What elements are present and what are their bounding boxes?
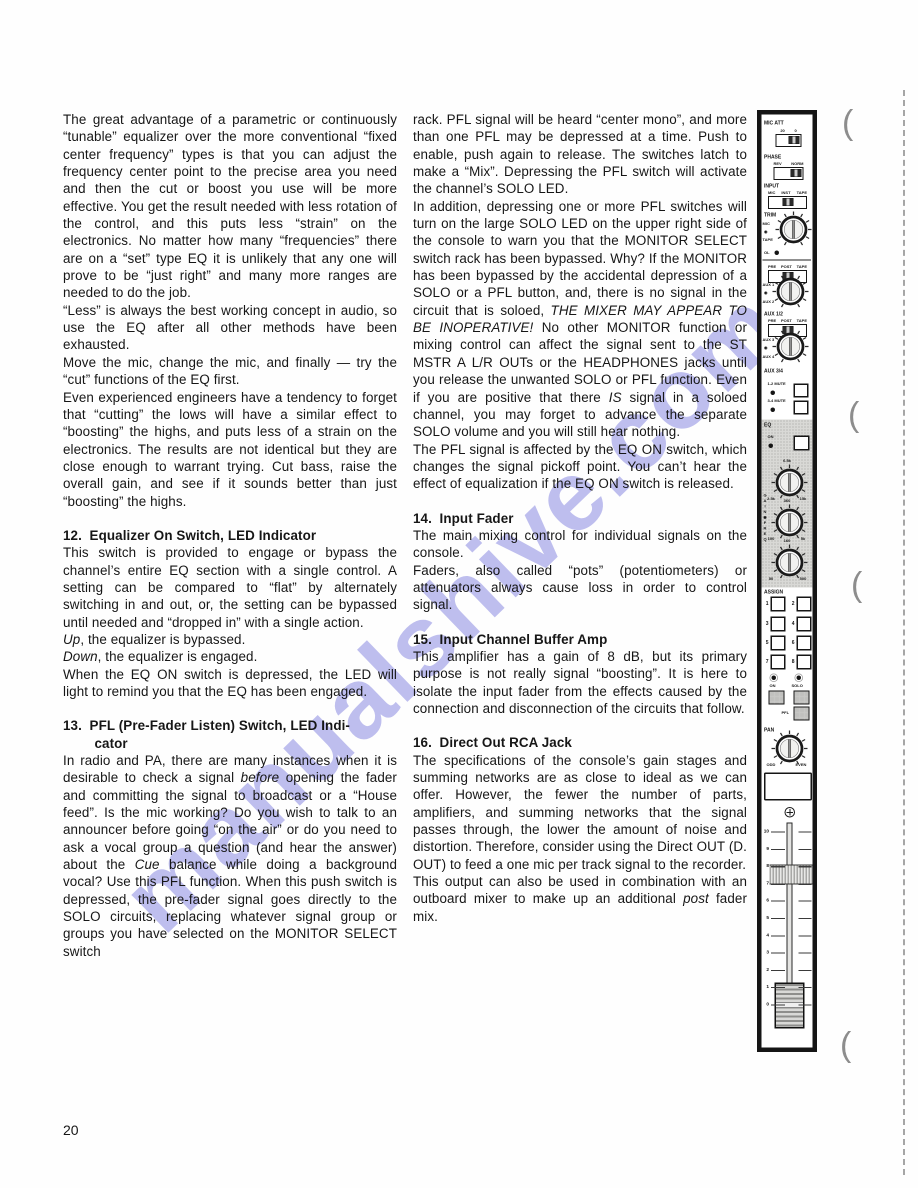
body-paragraph: The main mixing control for individual s… [413, 527, 747, 562]
solo-label: SOLO [792, 684, 803, 689]
fader-tick [771, 832, 785, 833]
fader-tick [799, 953, 812, 954]
body-paragraph: Faders, also called “pots” (potentiomete… [413, 562, 747, 614]
eq-band-left-freq: 50 [763, 577, 780, 582]
fader-tick [771, 953, 785, 954]
fader-scale-number: 0 [762, 1002, 770, 1007]
assign-button [771, 636, 786, 651]
slide-switch-knob [789, 136, 800, 144]
fader-tick [799, 849, 812, 850]
scan-artifact: ( [851, 566, 862, 605]
fader-tick [771, 987, 785, 988]
section-heading: 14. Input Fader [413, 510, 747, 527]
switch-position-labels: 200 [776, 129, 802, 134]
fader-tick [799, 901, 812, 902]
body-paragraph: Move the mic, change the mic, and finall… [63, 354, 397, 389]
fader-tick [799, 935, 812, 936]
slide-switch-slot [774, 167, 804, 180]
solo-led [797, 676, 802, 681]
fader-scale-number: 1 [762, 985, 770, 990]
section-heading: 15. Input Channel Buffer Amp [413, 631, 747, 648]
on-button [769, 691, 785, 705]
body-paragraph: This amplifier has a gain of 8 dB, but i… [413, 648, 747, 717]
concentric-icon: ◉ [764, 346, 767, 351]
body-paragraph: The PFL signal is affected by the EQ ON … [413, 441, 747, 493]
mute34-led [771, 408, 776, 413]
on-label: ON [770, 684, 776, 689]
assign-button [771, 617, 786, 632]
assign-number: 5 [763, 640, 769, 646]
pfl-button [794, 707, 810, 721]
fader-tick [799, 866, 812, 868]
trim-mic-label: MIC [763, 222, 770, 227]
gain-freq-label: GAIN◉FREQ [762, 493, 769, 543]
body-paragraph: Even experienced engineers have a tenden… [63, 389, 397, 510]
assign-number: 8 [789, 659, 795, 665]
pan-odd-label: ODD [767, 763, 776, 768]
switch-position-labels: MICINSTTAPE [768, 191, 807, 196]
fader-scale-number: 8 [762, 864, 770, 869]
aux12-label: AUX 1/2 [764, 312, 783, 318]
body-paragraph: When the EQ ON switch is depressed, the … [63, 666, 397, 701]
trim-knob [775, 211, 813, 249]
concentric-icon: ◉ [764, 230, 767, 235]
body-paragraph: In addition, depressing one or more PFL … [413, 198, 747, 441]
aux12-knob [772, 273, 810, 311]
assign-number: 7 [763, 659, 769, 665]
mute34-label: 3-4 MUTE [768, 399, 786, 404]
trim-tape-label: TAPE [763, 238, 773, 243]
ol-led [775, 251, 780, 256]
slide-switch-slot [768, 196, 807, 209]
fader-scale-number: 10 [762, 829, 770, 834]
aux34-label: AUX 3/4 [764, 369, 783, 375]
mic-att-label: MIC ATT [764, 121, 784, 127]
eq-band-right-freq: 500 [795, 577, 812, 582]
fader-tick [799, 987, 812, 988]
fader-tick [799, 883, 812, 885]
input-label: INPUT [764, 184, 779, 190]
fader-scale-number: 4 [762, 933, 770, 938]
input-switch: MICINSTTAPE [768, 191, 807, 210]
assign-button [797, 597, 812, 612]
fader-tick [771, 901, 785, 902]
fader-scale-number: 3 [762, 950, 770, 955]
assign-button [797, 636, 812, 651]
aux34-knob [772, 328, 810, 366]
assign-number: 2 [789, 601, 795, 607]
mute34-button [794, 401, 809, 415]
section-heading: 12. Equalizer On Switch, LED Indicator [63, 527, 397, 544]
screw-icon [785, 807, 796, 818]
fader-tick [771, 1005, 785, 1006]
fader-tick [799, 1005, 812, 1006]
body-paragraph: rack. PFL signal will be heard “center m… [413, 111, 747, 198]
section-heading: 13. PFL (Pre-Fader Listen) Switch, LED I… [63, 717, 397, 752]
fader-tick [771, 918, 785, 919]
eq-on-led [769, 444, 774, 449]
fader-cap [775, 983, 805, 1029]
eq-band-top-freq: 360 [762, 499, 813, 504]
phase-switch: REVNORM [774, 162, 804, 181]
assign-button [771, 655, 786, 670]
eq-on-label: ON [768, 435, 774, 440]
slide-switch-knob [791, 169, 802, 177]
switch-position-labels: REVNORM [774, 162, 804, 167]
scan-artifact: ( [840, 1026, 851, 1065]
fader-tick [771, 970, 785, 971]
fader-scale-number: 9 [762, 846, 770, 851]
body-paragraph: Up, the equalizer is bypassed. [63, 631, 397, 648]
fader-tick [799, 970, 812, 971]
concentric-icon: ◉ [764, 291, 767, 296]
pan-even-label: EVEN [796, 763, 807, 768]
scan-artifact: ( [848, 396, 859, 435]
mute12-label: 1-2 MUTE [768, 382, 786, 387]
assign-number: 1 [763, 601, 769, 607]
page-edge-binding [903, 90, 905, 1175]
assign-number: 4 [789, 621, 795, 627]
input-fader: 109876543210 [762, 822, 813, 1029]
eq-label: EQ [764, 423, 771, 429]
fader-scale-number: 6 [762, 898, 770, 903]
mic-att-switch: 200 [776, 129, 802, 148]
slide-switch-knob [783, 198, 794, 206]
body-paragraph: The specifications of the console’s gain… [413, 752, 747, 873]
section-heading: 16. Direct Out RCA Jack [413, 734, 747, 751]
divider [763, 260, 812, 261]
phase-label: PHASE [764, 155, 781, 161]
fader-scale-number: 2 [762, 967, 770, 972]
ol-label: OL [764, 251, 770, 256]
eq-band-top-freq: 6.5k [762, 459, 813, 464]
assign-button [797, 617, 812, 632]
switch-position-labels: PREPOSTTAPE [768, 319, 807, 324]
solo-button [794, 691, 810, 705]
body-paragraph: The great advantage of a parametric or c… [63, 111, 397, 302]
body-paragraph: In radio and PA, there are many instance… [63, 752, 397, 960]
eq-band-top-freq: 160 [762, 539, 813, 544]
fader-scale-number: 7 [762, 881, 770, 886]
channel-strip-diagram: MIC ATT 200 PHASE REVNORM INPUT MICINSTT… [757, 110, 817, 1052]
scribble-strip [764, 773, 812, 801]
right-column: rack. PFL signal will be heard “center m… [413, 111, 747, 925]
pfl-label: PFL [782, 711, 790, 716]
assign-button [771, 597, 786, 612]
fader-tick [771, 866, 785, 868]
body-paragraph: This switch is provided to engage or byp… [63, 544, 397, 631]
manual-page: manualshive.com ( ( ( ( The great advant… [0, 0, 918, 1188]
on-led [772, 676, 777, 681]
mute12-button [794, 384, 809, 398]
assign-button [797, 655, 812, 670]
assign-number: 3 [763, 621, 769, 627]
slide-switch-slot [776, 134, 802, 147]
fader-tick [771, 935, 785, 936]
body-paragraph: “Less” is always the best working concep… [63, 302, 397, 354]
body-paragraph: Down, the equalizer is engaged. [63, 648, 397, 665]
body-paragraph: This output can also be used in combinat… [413, 873, 747, 925]
page-number: 20 [63, 1122, 79, 1138]
eq-on-button [794, 436, 810, 451]
assign-number: 6 [789, 640, 795, 646]
fader-tick [771, 849, 785, 850]
fader-tick [799, 918, 812, 919]
assign-label: ASSIGN [764, 590, 783, 596]
mute12-led [771, 391, 776, 396]
scan-artifact: ( [842, 104, 853, 143]
fader-scale-number: 5 [762, 916, 770, 921]
switch-position-labels: PREPOSTTAPE [768, 265, 807, 270]
fader-tick [799, 832, 812, 833]
fader-tick [771, 883, 785, 885]
left-column: The great advantage of a parametric or c… [63, 111, 397, 960]
